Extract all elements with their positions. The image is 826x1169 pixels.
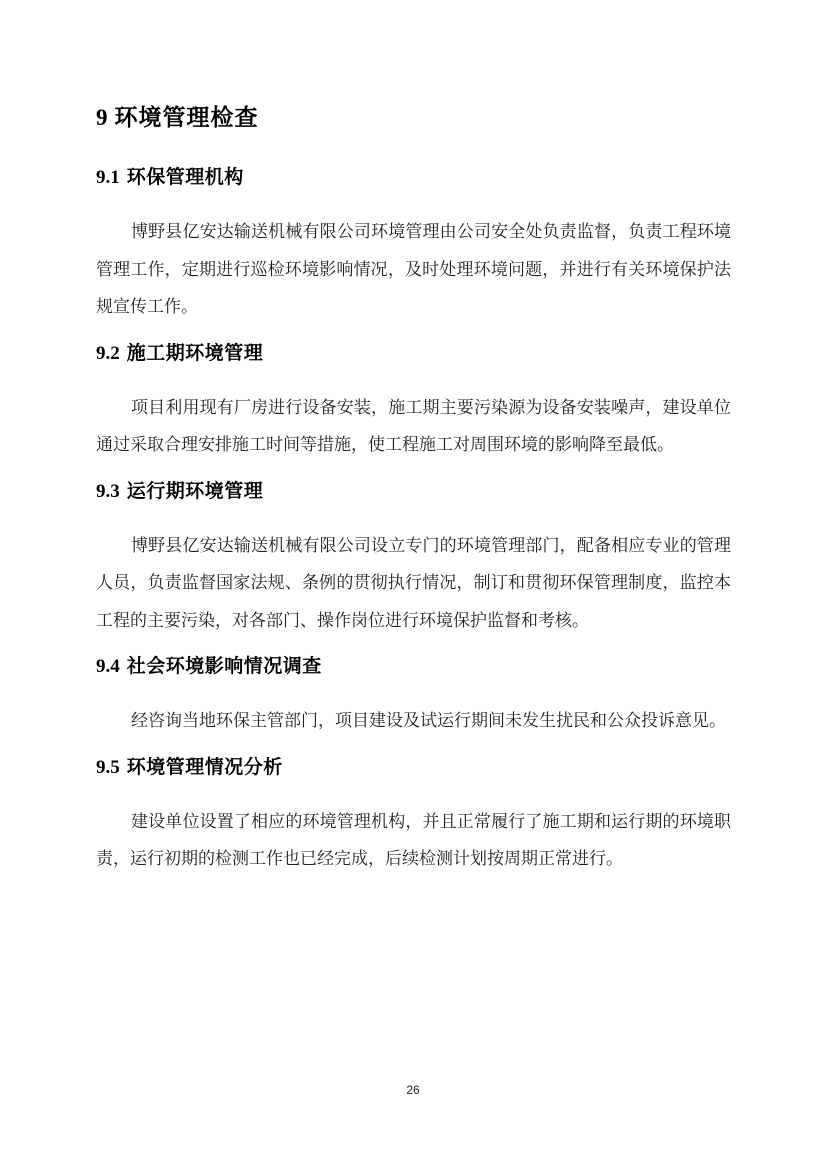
- section-number-9-1: 9.1: [96, 167, 120, 188]
- section-9-2: 9.2施工期环境管理 项目利用现有厂房进行设备安装，施工期主要污染源为设备安装噪…: [96, 340, 731, 464]
- section-paragraph-9-5: 建设单位设置了相应的环境管理机构，并且正常履行了施工期和运行期的环境职责，运行初…: [96, 803, 731, 878]
- section-heading-text-9-4: 社会环境影响情况调查: [127, 656, 322, 677]
- section-number-9-3: 9.3: [96, 481, 120, 502]
- section-heading-text-9-5: 环境管理情况分析: [127, 757, 283, 778]
- section-9-1: 9.1环保管理机构 博野县亿安达输送机械有限公司环境管理由公司安全处负责监督，负…: [96, 164, 731, 326]
- section-paragraph-9-4: 经咨询当地环保主管部门，项目建设及试运行期间未发生扰民和公众投诉意见。: [96, 702, 731, 740]
- document-page: 9环境管理检查 9.1环保管理机构 博野县亿安达输送机械有限公司环境管理由公司安…: [0, 0, 826, 1169]
- section-heading-9-1: 9.1环保管理机构: [96, 164, 731, 191]
- chapter-title-text: 环境管理检查: [115, 104, 259, 130]
- chapter-number: 9: [96, 105, 108, 130]
- section-paragraph-9-2: 项目利用现有厂房进行设备安装，施工期主要污染源为设备安装噪声，建设单位通过采取合…: [96, 389, 731, 464]
- section-heading-text-9-1: 环保管理机构: [127, 167, 244, 188]
- section-paragraph-9-3: 博野县亿安达输送机械有限公司设立专门的环境管理部门，配备相应专业的管理人员，负责…: [96, 527, 731, 640]
- section-9-4: 9.4社会环境影响情况调查 经咨询当地环保主管部门，项目建设及试运行期间未发生扰…: [96, 653, 731, 740]
- section-heading-9-4: 9.4社会环境影响情况调查: [96, 653, 731, 680]
- section-heading-9-3: 9.3运行期环境管理: [96, 478, 731, 505]
- page-number: 26: [0, 1083, 826, 1097]
- section-heading-text-9-2: 施工期环境管理: [127, 343, 264, 364]
- section-heading-9-2: 9.2施工期环境管理: [96, 340, 731, 367]
- section-heading-9-5: 9.5环境管理情况分析: [96, 754, 731, 781]
- section-number-9-5: 9.5: [96, 757, 120, 778]
- section-9-5: 9.5环境管理情况分析 建设单位设置了相应的环境管理机构，并且正常履行了施工期和…: [96, 754, 731, 878]
- chapter-title: 9环境管理检查: [96, 101, 731, 134]
- section-paragraph-9-1: 博野县亿安达输送机械有限公司环境管理由公司安全处负责监督，负责工程环境管理工作，…: [96, 213, 731, 326]
- section-number-9-4: 9.4: [96, 656, 120, 677]
- section-number-9-2: 9.2: [96, 343, 120, 364]
- section-heading-text-9-3: 运行期环境管理: [127, 481, 264, 502]
- section-9-3: 9.3运行期环境管理 博野县亿安达输送机械有限公司设立专门的环境管理部门，配备相…: [96, 478, 731, 640]
